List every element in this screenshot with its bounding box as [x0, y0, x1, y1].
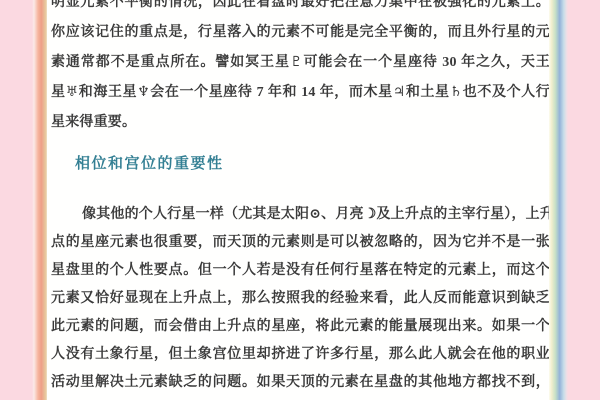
section-heading: 相位和宫位的重要性	[75, 151, 550, 177]
book-page-background: 明显元素不平衡的情况，因此在看盘时最好把注意力集中在被强化的元素上。 你应该记住…	[0, 0, 600, 400]
text-line: 点的星座元素也很重要，而天顶的元素则是可以被忽略的，因为它并不是一张	[51, 229, 550, 257]
text-line: 星♅和海王星♆会在一个星座待 7 年和 14 年，而木星♃和土星♄也不及个人行	[51, 78, 550, 108]
text-line: 此元素的问题，而会借由上升点的星座，将此元素的能量展现出来。如果一个	[51, 313, 550, 341]
page-content: 明显元素不平衡的情况，因此在看盘时最好把注意力集中在被强化的元素上。 你应该记住…	[47, 0, 553, 400]
text-line: 活动里解决土元素缺乏的问题。如果天顶的元素在星盘的其他地方都找不到，	[51, 369, 550, 397]
right-page-edge-decoration	[549, 0, 568, 400]
paragraph-elements-balance: 明显元素不平衡的情况，因此在看盘时最好把注意力集中在被强化的元素上。 你应该记住…	[51, 0, 550, 138]
text-line: 你应该记住的重点是，行星落入的元素不可能是完全平衡的，而且外行星的元	[51, 18, 550, 48]
left-page-edge-decoration	[32, 0, 48, 400]
text-line: 像其他的个人行星一样（尤其是太阳⊙、月亮☽及上升点的主宰行星），上升	[51, 201, 550, 229]
paragraph-aspects-houses: 像其他的个人行星一样（尤其是太阳⊙、月亮☽及上升点的主宰行星），上升 点的星座元…	[51, 201, 550, 397]
page-paper[interactable]: 明显元素不平衡的情况，因此在看盘时最好把注意力集中在被强化的元素上。 你应该记住…	[47, 0, 553, 400]
text-line: 素通常都不是重点所在。譬如冥王星♇可能会在一个星座待 30 年之久，天王	[51, 48, 550, 78]
text-line: 人没有土象行星，但土象宫位里却挤进了许多行星，那么此人就会在他的职业	[51, 341, 550, 369]
text-line: 明显元素不平衡的情况，因此在看盘时最好把注意力集中在被强化的元素上。	[51, 0, 550, 18]
text-line: 星盘里的个人性要点。但一个人若是没有任何行星落在特定的元素上，而这个	[51, 257, 550, 285]
text-line: 星来得重要。	[51, 108, 550, 138]
text-line: 元素又恰好显现在上升点上，那么按照我的经验来看，此人反而能意识到缺乏	[51, 285, 550, 313]
